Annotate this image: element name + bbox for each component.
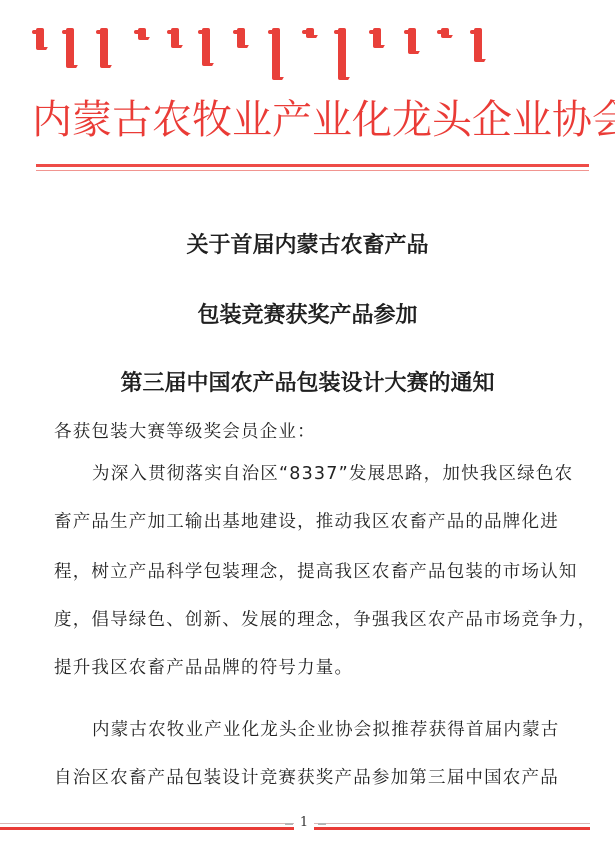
title-line-2: 包装竞赛获奖产品参加: [0, 300, 615, 330]
letterhead-red-rule: [36, 164, 589, 167]
paragraph-1-line: 提升我区农畜产品品牌的符号力量。: [54, 656, 574, 680]
page-number-dash-left: [285, 823, 293, 825]
mongolian-glyph: [202, 28, 210, 66]
paragraph-1-line: 程，树立产品科学包装理念，提高我区农畜产品包装的市场认知: [54, 560, 574, 584]
paragraph-2-line: 自治区农畜产品包装设计竞赛获奖产品参加第三届中国农产品: [54, 766, 574, 790]
mongolian-glyph: [237, 28, 245, 48]
mongolian-glyph: [36, 28, 44, 50]
title-line-3: 第三届中国农产品包装设计大赛的通知: [0, 368, 615, 398]
mongolian-glyph: [171, 28, 179, 48]
paragraph-2-line: 内蒙古农牧业产业化龙头企业协会拟推荐获得首届内蒙古: [92, 718, 612, 742]
mongolian-glyph: [373, 28, 381, 48]
mongolian-glyph: [306, 28, 314, 38]
paragraph-1-line: 为深入贯彻落实自治区“8337”发展思路，加快我区绿色农: [92, 462, 612, 486]
page-number: 1: [294, 815, 314, 831]
paragraph-1-line: 度，倡导绿色、创新、发展的理念，争强我区农产品市场竞争力，: [54, 608, 574, 632]
mongolian-glyph: [338, 28, 346, 80]
mongolian-glyph: [272, 28, 280, 80]
mongolian-glyph: [100, 28, 108, 68]
mongolian-glyph: [441, 28, 449, 38]
title-line-1: 关于首届内蒙古农畜产品: [0, 230, 615, 260]
mongolian-glyph: [66, 28, 74, 68]
mongolian-script-header: [36, 28, 576, 80]
organization-name: 内蒙古农牧业产业化龙头企业协会: [32, 90, 592, 150]
mongolian-glyph: [474, 28, 482, 62]
mongolian-glyph: [138, 28, 146, 40]
paragraph-1-line: 畜产品生产加工输出基地建设，推动我区农畜产品的品牌化进: [54, 510, 574, 534]
salutation: 各获包装大赛等级奖会员企业：: [54, 420, 574, 444]
letterhead-thin-rule: [36, 170, 589, 171]
page-number-dash-right: [318, 823, 326, 825]
mongolian-glyph: [408, 28, 416, 54]
